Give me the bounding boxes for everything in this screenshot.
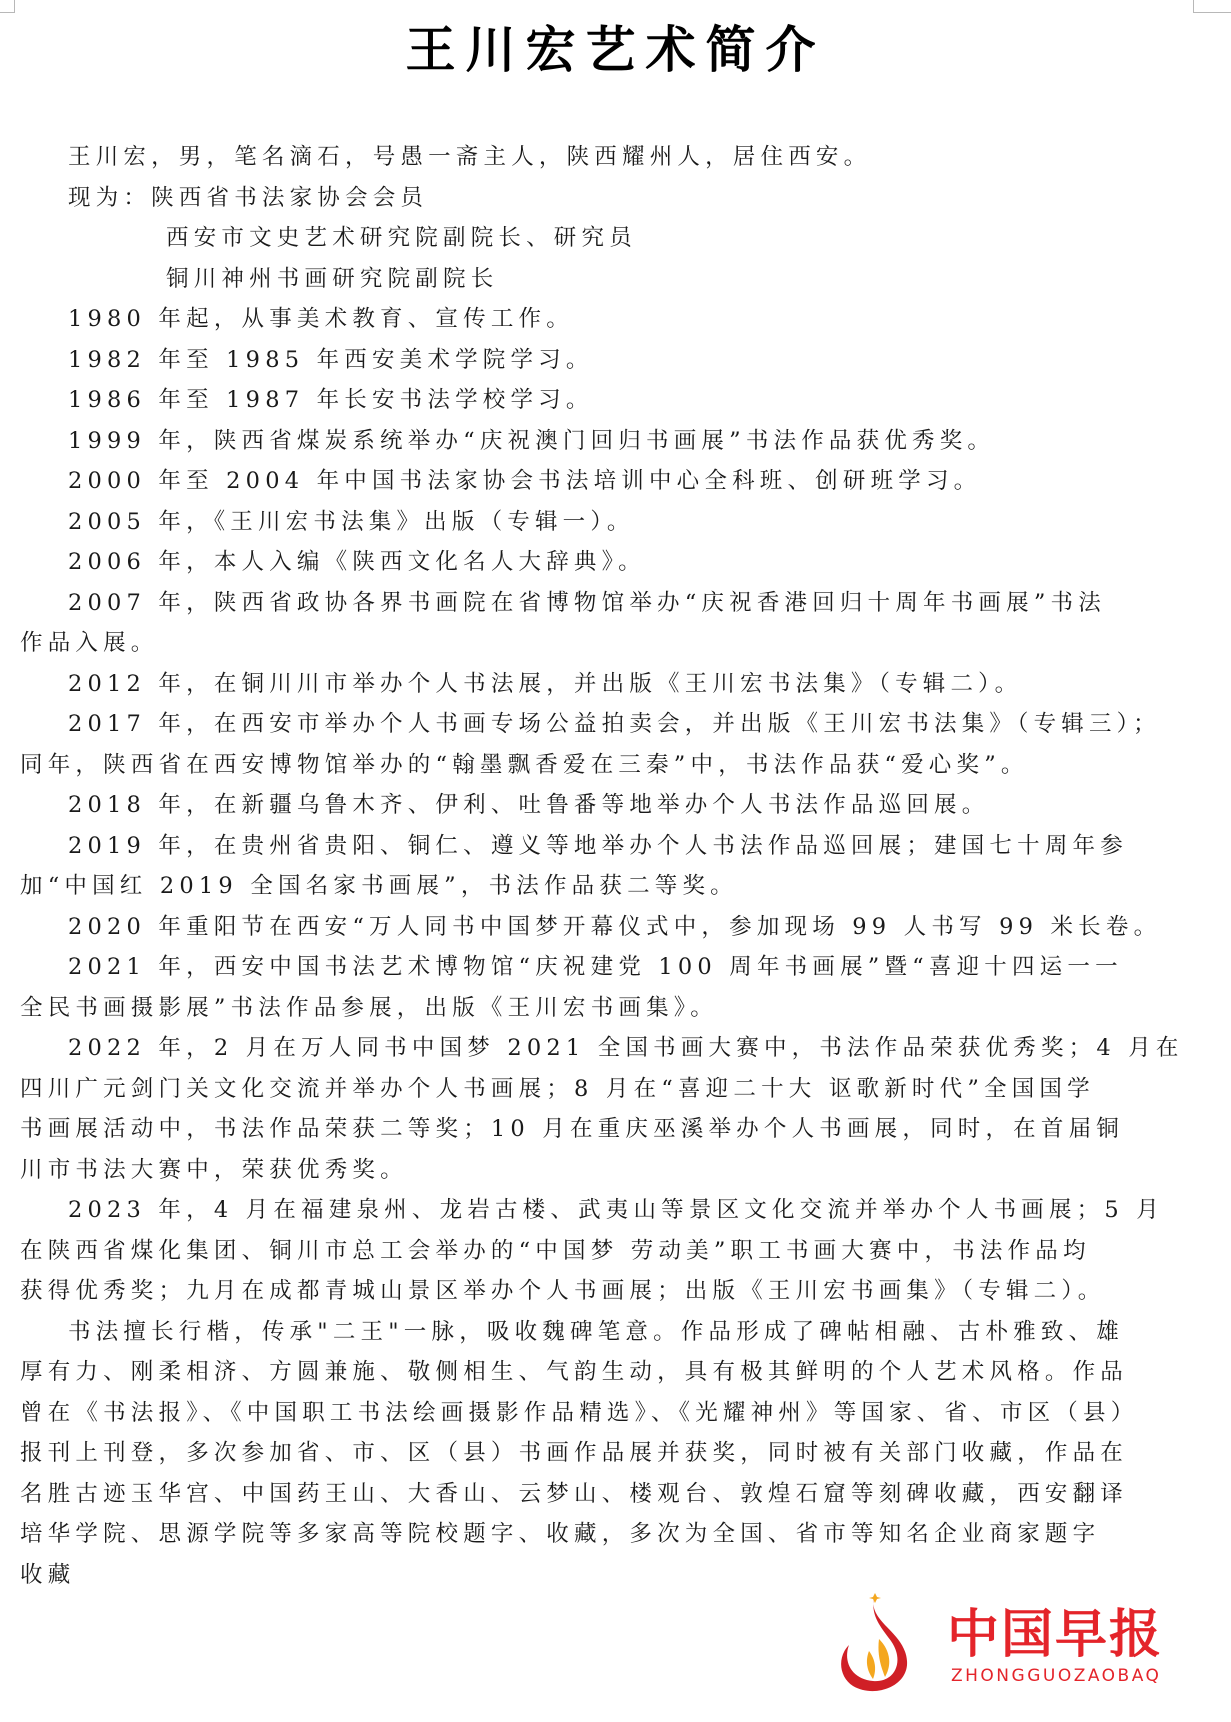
document-title: 王川宏艺术简介: [0, 18, 1231, 82]
text-line: 2000 年至 2004 年中国书法家协会书法培训中心全科班、创研班学习。: [20, 461, 1190, 502]
text-line: 西安市文史艺术研究院副院长、研究员: [20, 218, 1190, 259]
text-line: 加“中国红 2019 全国名家书画展”，书法作品获二等奖。: [20, 866, 1190, 907]
text-line: 2006 年，本人入编《陕西文化名人大辞典》。: [20, 542, 1190, 583]
text-line: 全民书画摄影展”书法作品参展，出版《王川宏书画集》。: [20, 988, 1190, 1029]
text-line: 铜川神州书画研究院副院长: [20, 259, 1190, 300]
text-line: 2017 年，在西安市举办个人书画专场公益拍卖会，并出版《王川宏书法集》（专辑三…: [20, 704, 1190, 745]
text-line: 在陕西省煤化集团、铜川市总工会举办的“中国梦 劳动美”职工书画大赛中，书法作品均: [20, 1231, 1190, 1272]
text-line: 2020 年重阳节在西安“万人同书中国梦开幕仪式中，参加现场 99 人书写 99…: [20, 907, 1190, 948]
text-line: 2021 年，西安中国书法艺术博物馆“庆祝建党 100 周年书画展”暨“喜迎十四…: [20, 947, 1190, 988]
text-line: 2007 年，陕西省政协各界书画院在省博物馆举办“庆祝香港回归十周年书画展”书法: [20, 583, 1190, 624]
text-line: 2023 年，4 月在福建泉州、龙岩古楼、武夷山等景区文化交流并举办个人书画展；…: [20, 1190, 1190, 1231]
text-line: 1986 年至 1987 年长安书法学校学习。: [20, 380, 1190, 421]
text-line: 现为：陕西省书法家协会会员: [20, 178, 1190, 219]
text-line: 2019 年，在贵州省贵阳、铜仁、遵义等地举办个人书法作品巡回展；建国七十周年参: [20, 826, 1190, 867]
text-line: 1980 年起，从事美术教育、宣传工作。: [20, 299, 1190, 340]
text-line: 1999 年，陕西省煤炭系统举办“庆祝澳门回归书画展”书法作品获优秀奖。: [20, 421, 1190, 462]
watermark-brand-en: ZHONGGUOZAOBAQ: [951, 1665, 1161, 1687]
text-line: 同年，陕西省在西安博物馆举办的“翰墨飘香爱在三秦”中，书法作品获“爱心奖”。: [20, 745, 1190, 786]
text-line: 曾在《书法报》、《中国职工书法绘画摄影作品精选》、《光耀神州》等国家、省、市区（…: [20, 1393, 1190, 1434]
watermark-brand-cn: 中国早报: [947, 1605, 1163, 1665]
text-line: 书法擅长行楷，传承"二王"一脉，吸收魏碑笔意。作品形成了碑帖相融、古朴雅致、雄: [20, 1312, 1190, 1353]
text-line: 培华学院、思源学院等多家高等院校题字、收藏，多次为全国、省市等知名企业商家题字: [20, 1514, 1190, 1555]
document-body: 王川宏，男，笔名滴石，号愚一斋主人，陕西耀州人，居住西安。 现为：陕西省书法家协…: [20, 137, 1190, 1595]
page-corner-mark-top-left: [0, 0, 15, 13]
text-line: 书画展活动中，书法作品荣获二等奖；10 月在重庆巫溪举办个人书画展，同时，在首届…: [20, 1109, 1190, 1150]
text-line: 2012 年，在铜川川市举办个人书法展，并出版《王川宏书法集》（专辑二）。: [20, 664, 1190, 705]
text-line: 收藏: [20, 1555, 1190, 1596]
text-line: 2018 年，在新疆乌鲁木齐、伊利、吐鲁番等地举办个人书法作品巡回展。: [20, 785, 1190, 826]
text-line: 名胜古迹玉华宫、中国药王山、大香山、云梦山、楼观台、敦煌石窟等刻碑收藏，西安翻译: [20, 1474, 1190, 1515]
text-line: 厚有力、刚柔相济、方圆兼施、敬侧相生、气韵生动，具有极其鲜明的个人艺术风格。作品: [20, 1352, 1190, 1393]
page-corner-mark-top-right: [1193, 0, 1231, 13]
text-line: 川市书法大赛中，荣获优秀奖。: [20, 1150, 1190, 1191]
text-line: 作品入展。: [20, 623, 1190, 664]
text-line: 获得优秀奖；九月在成都青城山景区举办个人书画展；出版《王川宏书画集》（专辑二）。: [20, 1271, 1190, 1312]
text-line: 王川宏，男，笔名滴石，号愚一斋主人，陕西耀州人，居住西安。: [20, 137, 1190, 178]
text-line: 1982 年至 1985 年西安美术学院学习。: [20, 340, 1190, 381]
text-line: 2005 年，《王川宏书法集》出版（专辑一）。: [20, 502, 1190, 543]
text-line: 四川广元剑门关文化交流并举办个人书画展；8 月在“喜迎二十大 讴歌新时代”全国国…: [20, 1069, 1190, 1110]
flame-logo-icon: [835, 1591, 931, 1701]
text-line: 报刊上刊登，多次参加省、市、区（县）书画作品展并获奖，同时被有关部门收藏，作品在: [20, 1433, 1190, 1474]
text-line: 2022 年，2 月在万人同书中国梦 2021 全国书画大赛中，书法作品荣获优秀…: [20, 1028, 1190, 1069]
watermark: 中国早报 ZHONGGUOZAOBAQ: [835, 1603, 1231, 1703]
